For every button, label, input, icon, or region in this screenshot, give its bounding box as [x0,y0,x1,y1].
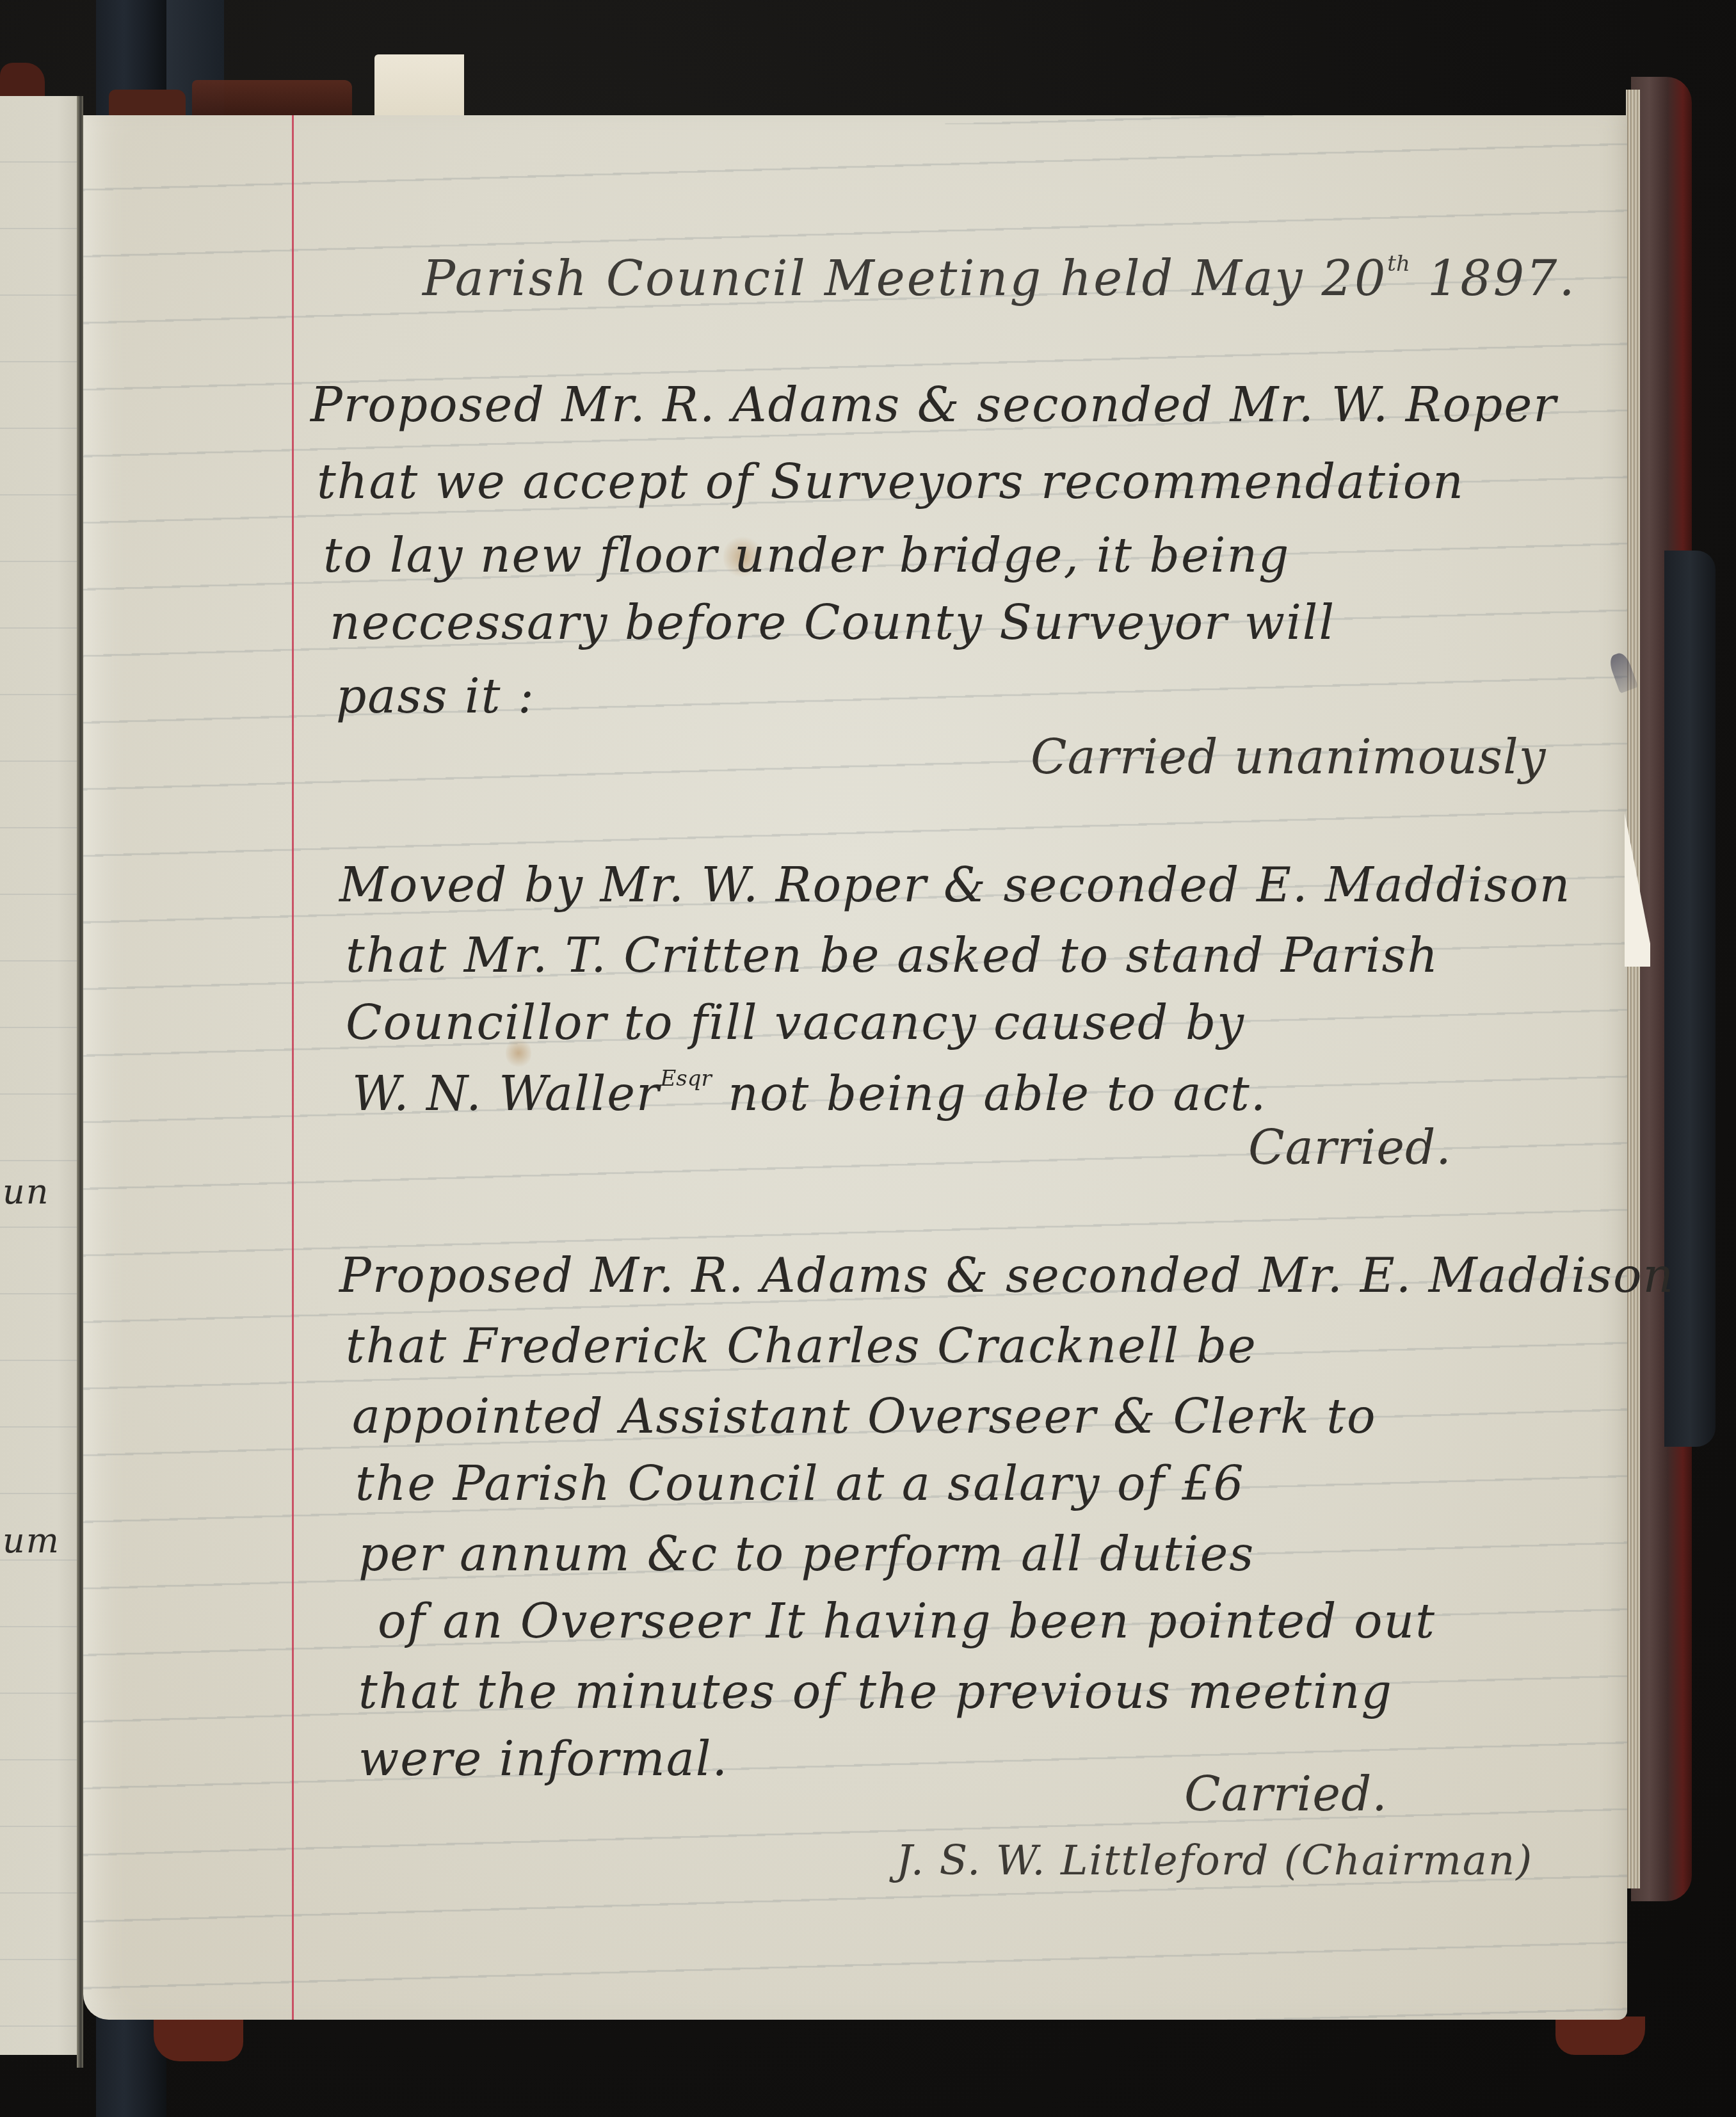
chairman-signature: J. S. W. Littleford (Chairman) [896,1837,1533,1885]
minute-book-page: Parish Council Meeting held May 20th 189… [83,115,1627,2020]
motion-1-line: Proposed Mr. R. Adams & seconded Mr. W. … [310,378,1557,433]
ordinal-suffix: th [1387,251,1410,277]
inserted-title-esqr: Esqr [660,1066,711,1091]
motion-2-result: Carried. [1248,1120,1452,1175]
red-margin-rule [292,115,294,2020]
leather-cover-edge [192,80,352,115]
motion-2-line-continuation: not being able to act. [728,1067,1267,1122]
leather-cover-corner [1555,2016,1645,2055]
motion-3-line: the Parish Council at a salary of £6 [355,1456,1245,1511]
motion-3-result: Carried. [1184,1767,1388,1822]
motion-1-line: neccessary before County Surveyor will [330,595,1335,650]
motion-3-line: per annum &c to perform all duties [358,1527,1255,1582]
motion-3-line: that the minutes of the previous meeting [358,1664,1393,1719]
inserted-paper-slip [374,54,464,118]
motion-2-line-4: W. N. WallerEsqr not being able to act. [352,1066,1267,1122]
motion-2-line: Councillor to fill vacancy caused by [346,995,1245,1050]
motion-2-line: Moved by Mr. W. Roper & seconded E. Madd… [339,858,1571,913]
motion-3-line: that Frederick Charles Cracknell be [346,1319,1257,1374]
motion-3-line: Proposed Mr. R. Adams & seconded Mr. E. … [339,1248,1675,1303]
motion-3-line: of an Overseer It having been pointed ou… [378,1594,1436,1649]
motion-3-line: were informal. [358,1732,728,1787]
left-page-word-fragment: un [3,1171,50,1212]
motion-2-line: that Mr. T. Critten be asked to stand Pa… [346,928,1439,983]
scanned-book-spread: un um Parish Council Meeting held May 20… [0,0,1736,2117]
named-person: W. N. Waller [352,1067,660,1122]
motion-1-line: to lay new floor under bridge, it being [323,528,1290,583]
leather-cover-edge [109,90,186,118]
meeting-title-text: Parish Council Meeting held May 20 [422,250,1387,307]
motion-1-result: Carried unanimously [1031,730,1546,785]
left-page-ruling [0,96,77,2055]
leather-cover-corner [0,63,45,101]
page-gutter [77,96,83,2068]
leather-cover-corner [154,2016,243,2061]
motion-1-line: that we accept of Surveyors recommendati… [317,455,1465,510]
cloth-cover-edge [1664,551,1716,1447]
motion-3-line: appointed Assistant Overseer & Clerk to [352,1389,1377,1444]
meeting-year: 1897. [1410,250,1577,307]
meeting-title: Parish Council Meeting held May 20th 189… [422,250,1577,307]
stacked-page-edges [1626,90,1640,1888]
left-page-word-fragment: um [3,1520,60,1561]
motion-1-line: pass it : [336,669,535,724]
